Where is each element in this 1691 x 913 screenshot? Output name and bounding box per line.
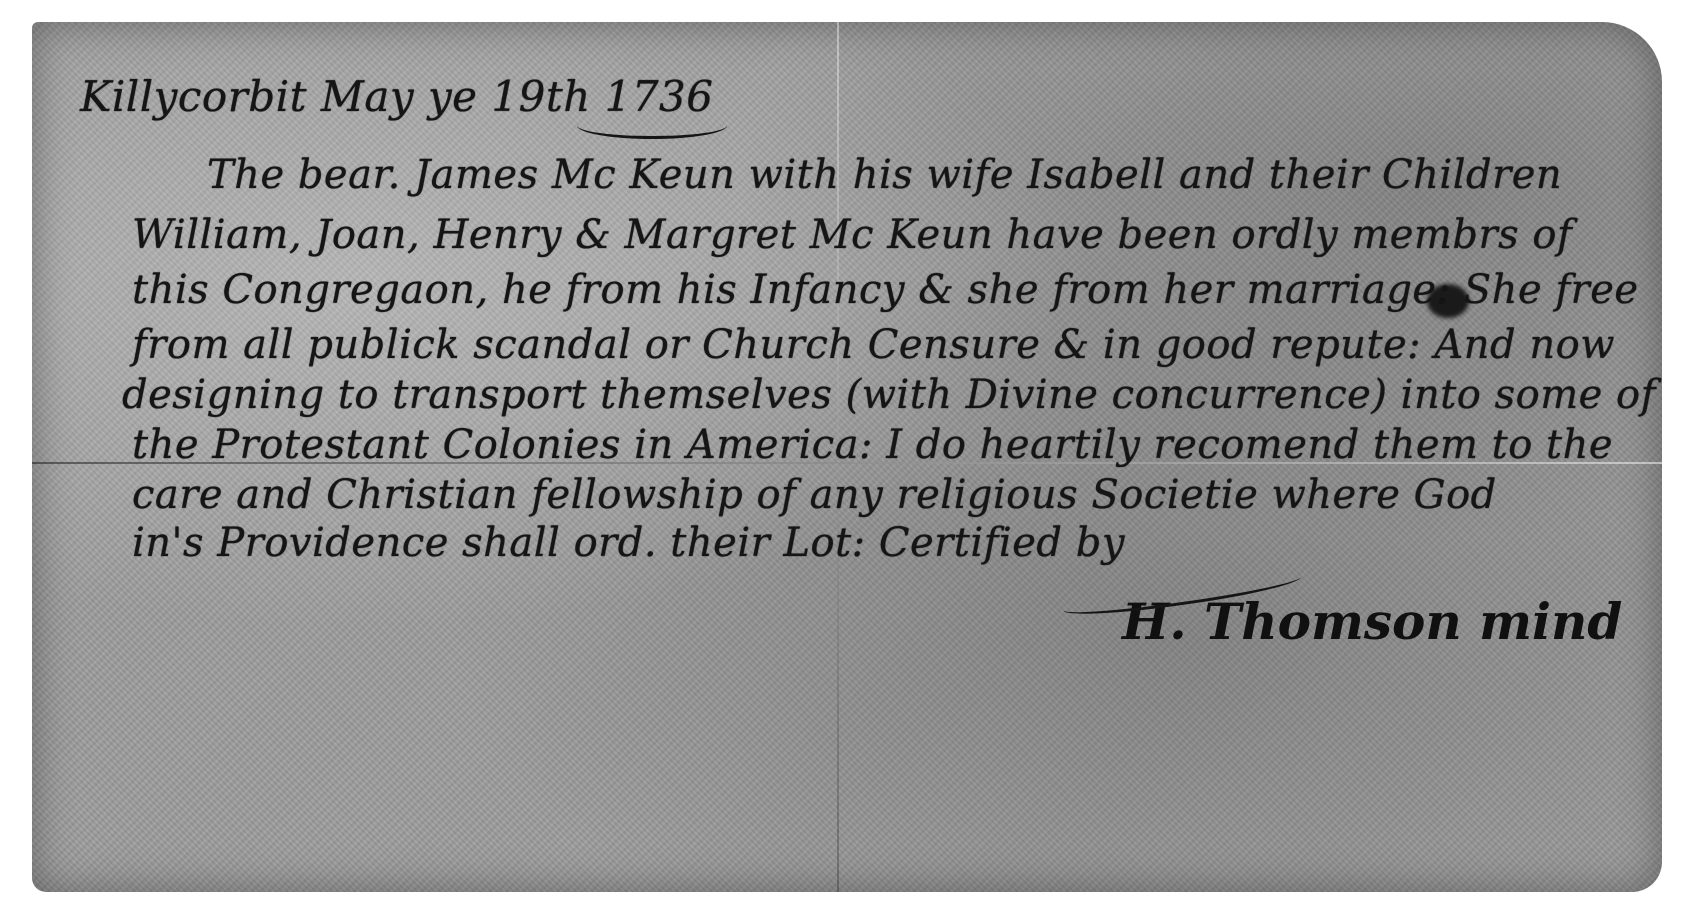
body-line-4: from all publick scandal or Church Censu… bbox=[132, 322, 1615, 368]
body-line-6: the Protestant Colonies in America: I do… bbox=[132, 422, 1613, 468]
body-line-2: William, Joan, Henry & Margret Mc Keun h… bbox=[132, 212, 1572, 258]
body-line-8: in's Providence shall ord. their Lot: Ce… bbox=[132, 520, 1125, 566]
document-paper: Killycorbit May ye 19th 1736 The bear. J… bbox=[32, 22, 1662, 892]
body-line-5: designing to transport themselves (with … bbox=[122, 372, 1656, 418]
body-line-3: this Congregaon, he from his Infancy & s… bbox=[132, 267, 1639, 313]
body-line-7: care and Christian fellowship of any rel… bbox=[132, 472, 1497, 518]
body-line-1: The bear. James Mc Keun with his wife Is… bbox=[207, 152, 1562, 198]
heading-underline-flourish bbox=[577, 112, 727, 139]
